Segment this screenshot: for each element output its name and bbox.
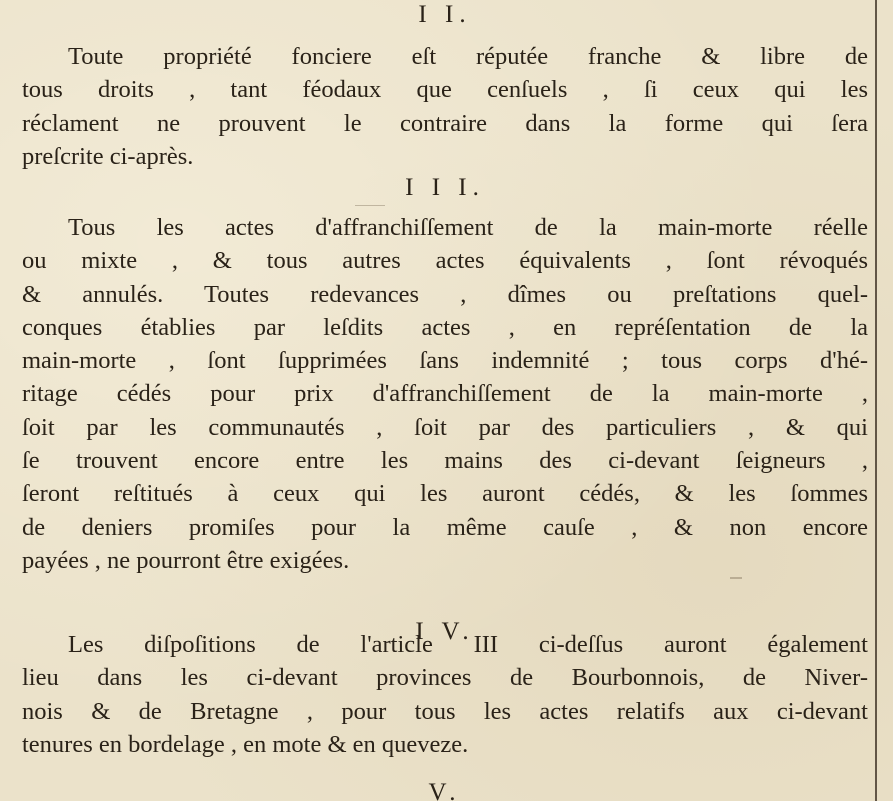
paragraph-line: lieu dans les ci-devant provinces de Bou… bbox=[22, 661, 868, 694]
paragraph-line: ſe trouvent encore entre les mains des c… bbox=[22, 444, 868, 477]
paragraph-line: Les diſpoſitions de l'article III ci-deſ… bbox=[22, 628, 868, 661]
document-page: I I. Toute propriété fonciere eſt réputé… bbox=[0, 0, 893, 801]
paragraph-line: ou mixte , & tous autres actes équivalen… bbox=[22, 244, 868, 277]
paragraph-line: ſeront reſtitués à ceux qui les auront c… bbox=[22, 477, 868, 510]
paragraph-line: ritage cédés pour prix d'affranchiſſemen… bbox=[22, 377, 868, 410]
paragraph-line: Tous les actes d'affranchiſſement de la … bbox=[22, 211, 868, 244]
article-heading-3: I I I. bbox=[22, 173, 868, 203]
paragraph-line: preſcrite ci-après. bbox=[22, 140, 868, 173]
article-heading-2: I I. bbox=[22, 0, 868, 30]
paragraph-line: main-morte , ſont ſupprimées ſans indemn… bbox=[22, 344, 868, 377]
article-paragraph-3: Tous les actes d'affranchiſſement de la … bbox=[22, 211, 868, 577]
column-rule bbox=[875, 0, 877, 801]
paragraph-line: tous droits , tant féodaux que cenſuels … bbox=[22, 73, 868, 106]
paragraph-line: de deniers promiſes pour la même cauſe ,… bbox=[22, 511, 868, 544]
article-heading-5: V. bbox=[22, 778, 868, 801]
print-mark bbox=[730, 577, 742, 579]
paragraph-line: nois & de Bretagne , pour tous les actes… bbox=[22, 695, 868, 728]
article-paragraph-2: Toute propriété fonciere eſt réputée fra… bbox=[22, 40, 868, 173]
article-paragraph-4: Les diſpoſitions de l'article III ci-deſ… bbox=[22, 628, 868, 761]
paragraph-line: réclament ne prouvent le contraire dans … bbox=[22, 107, 868, 140]
paragraph-line: & annulés. Toutes redevances , dîmes ou … bbox=[22, 278, 868, 311]
paragraph-line: ſoit par les communautés , ſoit par des … bbox=[22, 411, 868, 444]
print-mark bbox=[355, 205, 385, 206]
paragraph-line: Toute propriété fonciere eſt réputée fra… bbox=[22, 40, 868, 73]
paragraph-line: conques établies par leſdits actes , en … bbox=[22, 311, 868, 344]
paragraph-line: payées , ne pourront être exigées. bbox=[22, 544, 868, 577]
paragraph-line: tenures en bordelage , en mote & en quev… bbox=[22, 728, 868, 761]
